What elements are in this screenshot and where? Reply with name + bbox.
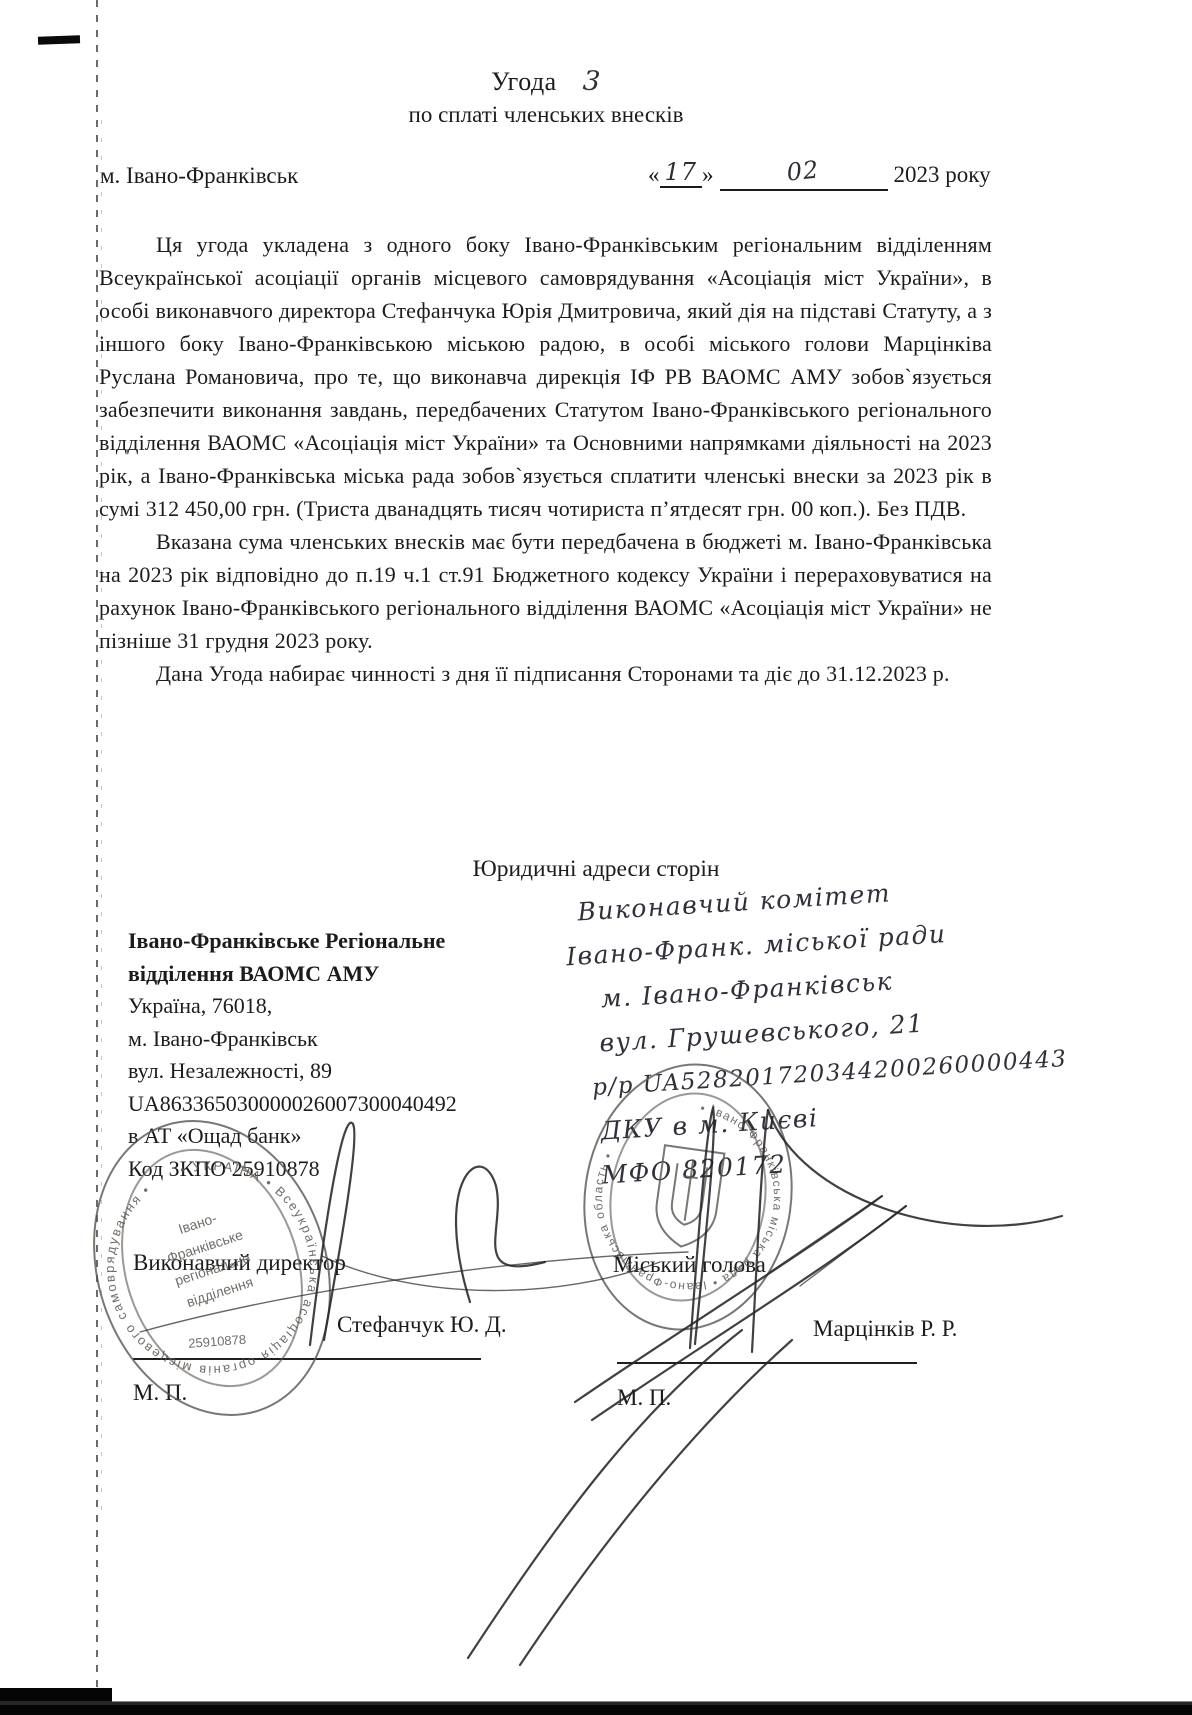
left-stamp-code: 25910878: [188, 1332, 247, 1351]
left-address-line: Україна, 76018,: [128, 990, 457, 1023]
handwritten-month: 02: [786, 155, 821, 186]
date-close-quote: »: [702, 162, 714, 187]
agreement-body: Ця угода укладена з одного боку Івано-Фр…: [99, 228, 992, 690]
left-address-block: Івано-Франківське Регіональне відділення…: [128, 925, 457, 1185]
title-row: Угода3: [100, 66, 992, 97]
left-signature-line: [133, 1358, 481, 1360]
body-paragraph: Дана Угода набирає чинності з дня її під…: [99, 657, 992, 690]
left-address-line: Код ЗКПО 25910878: [128, 1153, 457, 1186]
document-page: Угода3 по сплаті членських внесків м. Ів…: [0, 0, 1192, 1715]
left-signer-role: Виконавчий директор: [133, 1250, 346, 1276]
document-city: м. Івано-Франківськ: [100, 163, 298, 189]
document-title: Угода: [491, 67, 557, 96]
bottom-scan-band-fade: [0, 1701, 1192, 1705]
left-stamp-center-line1: Івано-: [176, 1210, 218, 1237]
date-month-line: 02: [720, 160, 888, 191]
document-subtitle: по сплаті членських внесків: [100, 102, 992, 128]
left-address-line: вул. Незалежності, 89: [128, 1055, 457, 1088]
left-address-line: в АТ «Ощад банк»: [128, 1120, 457, 1153]
left-seal-mark: М. П.: [133, 1380, 187, 1406]
left-signer-name: Стефанчук Ю. Д.: [337, 1312, 507, 1338]
left-stamp-center-line4: відділення: [184, 1274, 255, 1311]
right-signature-line: [617, 1362, 917, 1364]
left-address-lines: Україна, 76018,м. Івано-Франківськвул. Н…: [128, 990, 457, 1185]
right-seal-mark: М. П.: [617, 1385, 671, 1411]
body-paragraph: Вказана сума членських внесків має бути …: [99, 525, 992, 657]
date-year: 2023 року: [894, 162, 991, 187]
left-address-line: м. Івано-Франківськ: [128, 1023, 457, 1056]
date-group: «17»022023 року: [648, 160, 991, 191]
right-signer-name: Марцінків Р. Р.: [813, 1316, 957, 1342]
handwritten-address-block: Виконавчий комітетІвано-Франк. міської р…: [576, 854, 1192, 1198]
left-address-name-line1: Івано-Франківське Регіональне: [128, 925, 457, 958]
handwritten-day: 17: [660, 158, 703, 188]
left-address-name-line2: відділення ВАОМС АМУ: [128, 958, 457, 991]
left-address-line: UA863365030000026007300040492: [128, 1088, 457, 1121]
right-signer-role: Міський голова: [613, 1252, 766, 1278]
body-paragraph: Ця угода укладена з одного боку Івано-Фр…: [99, 228, 992, 525]
date-open-quote: «: [648, 162, 660, 187]
handwritten-doc-number: 3: [582, 65, 602, 97]
scan-edge-mark: [38, 35, 80, 44]
